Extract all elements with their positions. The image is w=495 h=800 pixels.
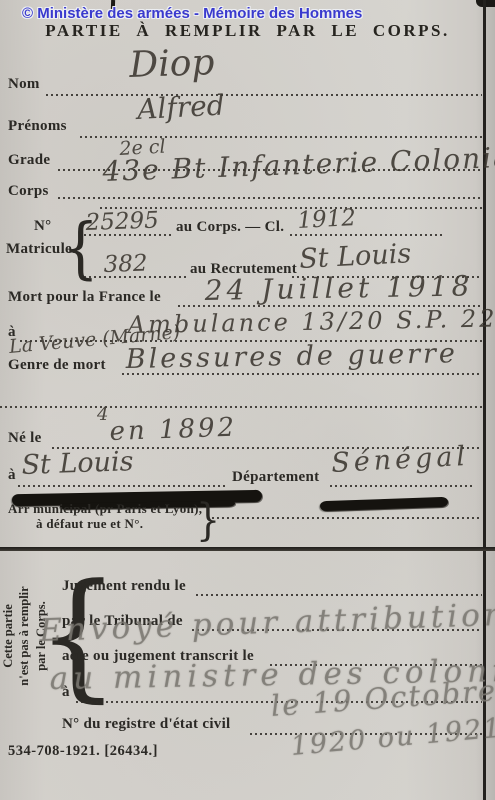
handwritten-matricule-recrutement: 382: [103, 252, 148, 277]
handwritten-recrutement-place: St Louis: [299, 240, 412, 273]
dotted-rule-jugement: [196, 594, 482, 596]
dotted-rule-classe: [290, 234, 445, 236]
handwritten-ne-jour: 4: [97, 406, 108, 424]
handwritten-classe: 1912: [297, 207, 357, 233]
handwritten-mort-date: 24 Juillet 1918: [205, 272, 474, 305]
side-note-line-2: n'est pas à remplir: [16, 565, 32, 707]
handwritten-ne-annee: en 1892: [109, 415, 237, 445]
field-label-arrondissement-1: Arr municipal (pr Paris et Lyon),: [8, 502, 202, 516]
field-label-ne-le: Né le: [8, 430, 42, 447]
handwritten-prenoms: Alfred: [137, 91, 226, 124]
dotted-rule-ne-a: [18, 485, 226, 487]
dotted-rule-corps: [58, 197, 482, 199]
section-divider-rule: [0, 547, 495, 551]
form-title: PARTIE À REMPLIR PAR LE CORPS.: [28, 21, 467, 41]
handwritten-nom: Diop: [129, 45, 215, 84]
dotted-rule-nom: [46, 94, 482, 96]
handwritten-mort-lieu: Ambulance 13/20 S.P. 220: [128, 306, 495, 337]
scanned-death-record-card: © Ministère des armées - Mémoire des Hom…: [0, 0, 495, 800]
side-note-line-1: Cette partie: [0, 565, 16, 707]
handwritten-ne-lieu: St Louis: [21, 448, 134, 479]
field-label-grade: Grade: [8, 152, 50, 169]
field-label-prenoms: Prénoms: [8, 118, 67, 135]
handwritten-departement: Sénégal: [331, 443, 470, 477]
handwritten-genre-mort: Blessures de guerre: [126, 340, 459, 373]
pencil-note-year: 1920 ou 1921: [290, 715, 495, 760]
field-label-au-corps-cl: au Corps. — Cl.: [176, 219, 284, 236]
redaction-smudge-right: [320, 497, 448, 511]
field-label-genre-mort: Genre de mort: [8, 357, 106, 374]
field-label-nom: Nom: [8, 76, 40, 93]
dotted-rule-departement: [330, 485, 475, 487]
field-label-jugement: Jugement rendu le: [62, 578, 186, 595]
field-label-registre: N° du registre d'état civil: [62, 716, 231, 733]
dotted-rule-empty: [0, 406, 482, 408]
field-label-numero: N°: [34, 218, 51, 235]
field-label-departement: Département: [232, 469, 319, 486]
handwritten-matricule-corps: 25295: [85, 209, 159, 235]
field-label-corps: Corps: [8, 183, 49, 200]
copyright-watermark: © Ministère des armées - Mémoire des Hom…: [22, 5, 362, 22]
dotted-rule-arrondissement: [212, 517, 482, 519]
printer-imprint: 534-708-1921. [26434.]: [8, 744, 158, 760]
field-label-mort-le: Mort pour la France le: [8, 289, 161, 306]
arrondissement-brace-icon: }: [196, 498, 220, 542]
field-label-arrondissement-2: à défaut rue et N°.: [36, 517, 143, 531]
field-label-ne-a: à: [8, 467, 16, 484]
